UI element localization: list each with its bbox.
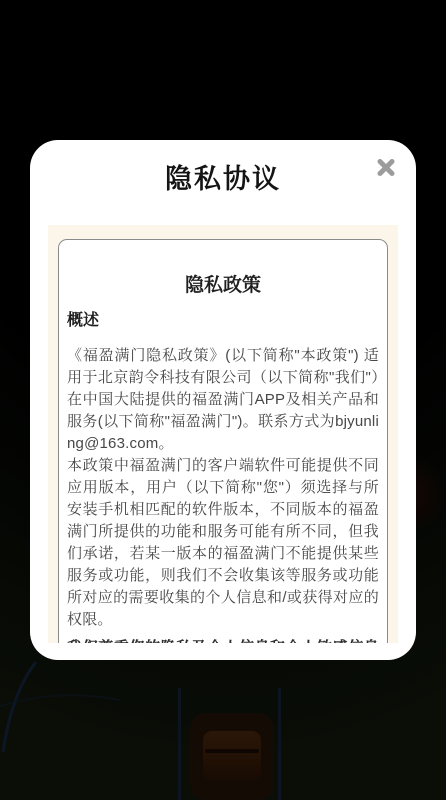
privacy-agreement-dialog: 隐私协议 隐私政策 概述 《福盈满门隐私政策》(以下简称"本政策") 适用于北京… [30, 140, 416, 660]
dialog-title: 隐私协议 [30, 140, 416, 196]
policy-content-box: 隐私政策 概述 《福盈满门隐私政策》(以下简称"本政策") 适用于北京韵令科技有… [58, 239, 388, 643]
section-heading-overview: 概述 [67, 310, 379, 332]
dimmed-column-edge-right [278, 688, 281, 800]
policy-scroll-area[interactable]: 隐私政策 概述 《福盈满门隐私政策》(以下简称"本政策") 适用于北京韵令科技有… [48, 225, 398, 643]
policy-paragraph: 本政策中福盈满门的客户端软件可能提供不同应用版本，用户（以下简称"您"）须选择与… [67, 455, 379, 631]
policy-paragraph: 《福盈满门隐私政策》(以下简称"本政策") 适用于北京韵令科技有限公司（以下简称… [67, 345, 379, 455]
close-button[interactable] [368, 150, 404, 186]
dimmed-column-edge-left [178, 688, 181, 800]
dimmed-chest-icon [203, 731, 261, 781]
close-icon [375, 165, 397, 170]
policy-title: 隐私政策 [67, 274, 379, 297]
dimmed-app-tile [190, 713, 274, 800]
policy-paragraph-bold: 我们尊重您的隐私及个人信息和个人敏感信息的保护，个人信息及个人敏感信息所包含的内… [67, 637, 379, 643]
